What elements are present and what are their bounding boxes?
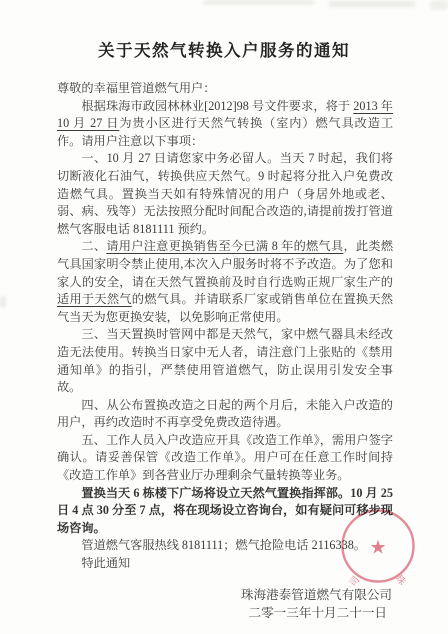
notice-body: 尊敬的幸福里管道燃气用户： 根据珠海市政园林林业[2012]98 号文件要求，将… xyxy=(57,80,393,573)
text-segment: 根据珠海市政园林林业[2012]98 号文件要求，将于 xyxy=(81,99,353,113)
paragraph-item-5: 五、工作人员入户改造应开具《改造工作单》，需用户签字确认。请妥善保管《改造工作单… xyxy=(57,432,393,485)
seal-ring-text: 珠海港泰管道燃气有限公司 xyxy=(343,573,415,586)
scan-artifact xyxy=(0,296,6,308)
signature-date: 二零一三年十月二十一日 xyxy=(0,604,392,623)
greeting-line: 尊敬的幸福里管道燃气用户： xyxy=(57,80,393,98)
paragraph-item-3: 三、当天置换时管网中都是天然气，家中燃气器具未经改造无法使用。转换当日家中无人者… xyxy=(57,326,393,396)
underlined-appliance-warning: 请用户注意更换销售至今已满 8 年的燃气具 xyxy=(106,239,343,253)
text-segment: 一、10 月 27 日请您家中务必留人。当天 7 时起，我们将切断液化石油气，转… xyxy=(57,151,393,235)
text-segment: 管道燃气客服热线 8181111；燃气抢险电话 2116338。 xyxy=(81,538,366,552)
text-segment: 五、工作人员入户改造应开具《改造工作单》，需用户签字确认。请妥善保管《改造工作单… xyxy=(57,433,393,482)
scan-artifact xyxy=(203,0,315,5)
text-segment: 四、从公布置换改造之日起的两个月后，未能入户改造的用户，再约改造时不再享受免费改… xyxy=(57,398,393,430)
notice-page: 关于天然气转换入户服务的通知 尊敬的幸福里管道燃气用户： 根据珠海市政园林林业[… xyxy=(0,0,448,634)
paragraph-item-4: 四、从公布置换改造之日起的两个月后，未能入户改造的用户，再约改造时不再享受免费改… xyxy=(57,397,393,432)
underlined-suitable-for-gas: 适用于天然气 xyxy=(57,292,132,306)
text-segment: 二、 xyxy=(81,239,106,253)
company-seal: 珠海港泰管道燃气有限公司 ★ xyxy=(338,506,418,586)
paragraph-item-1: 一、10 月 27 日请您家中务必留人。当天 7 时起，我们将切断液化石油气，转… xyxy=(57,150,393,238)
signature-company: 珠海港泰管道燃气有限公司 xyxy=(0,586,392,605)
seal-star-icon: ★ xyxy=(369,537,386,559)
notice-title: 关于天然气转换入户服务的通知 xyxy=(0,0,448,61)
paragraph-intro: 根据珠海市政园林林业[2012]98 号文件要求，将于 2013 年 10 月 … xyxy=(57,98,393,151)
signature-block: 珠海港泰管道燃气有限公司 二零一三年十月二十一日 xyxy=(0,586,392,623)
scan-artifact xyxy=(328,1,416,7)
scan-artifact xyxy=(430,0,448,10)
paragraph-item-2: 二、请用户注意更换销售至今已满 8 年的燃气具，此类燃气具国家明令禁止使用,本次… xyxy=(57,238,393,326)
text-segment: 三、当天置换时管网中都是天然气，家中燃气器具未经改造无法使用。转换当日家中无人者… xyxy=(57,327,393,394)
seal-ring-text-holder: 珠海港泰管道燃气有限公司 xyxy=(343,573,415,586)
